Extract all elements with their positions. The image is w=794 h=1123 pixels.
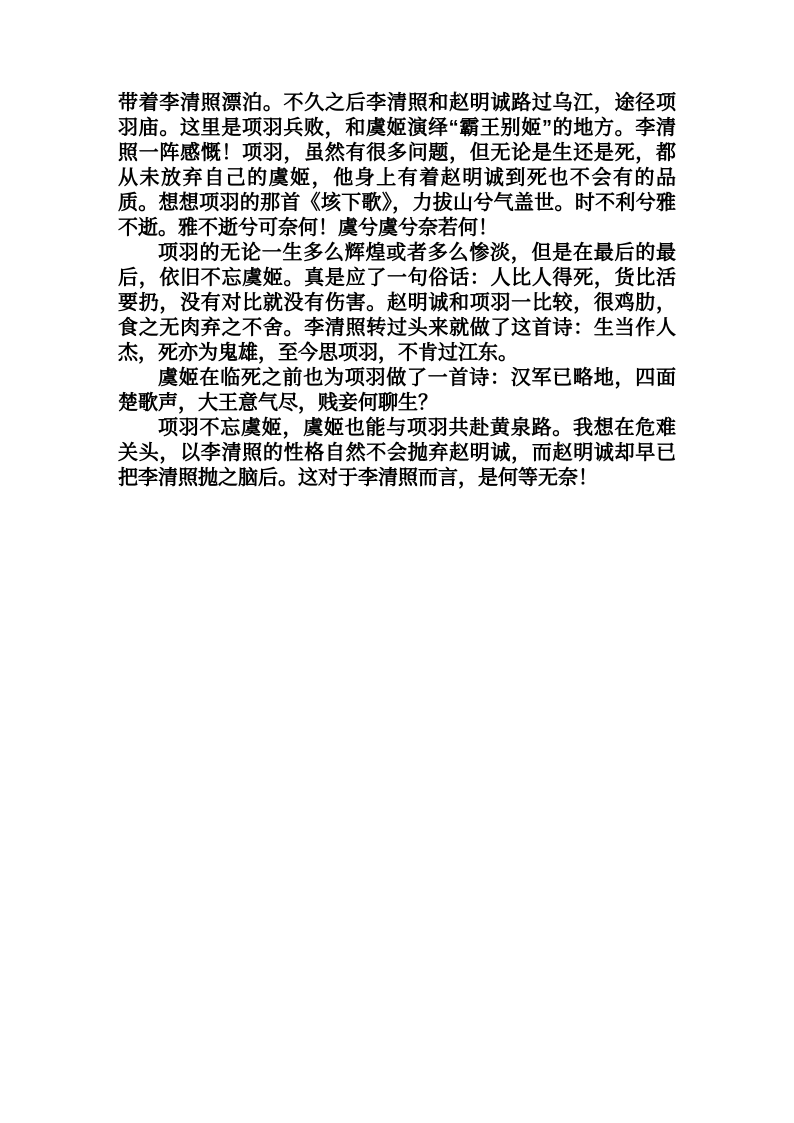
paragraph: 项羽的无论一生多么辉煌或者多么惨淡，但是在最后的最后，依旧不忘虞姬。真是应了一句…: [118, 241, 676, 366]
paragraph: 项羽不忘虞姬，虞姬也能与项羽共赴黄泉路。我想在危难关头，以李清照的性格自然不会抛…: [118, 416, 676, 491]
paragraph: 带着李清照漂泊。不久之后李清照和赵明诚路过乌江，途径项羽庙。这里是项羽兵败，和虞…: [118, 91, 676, 241]
document-page: 带着李清照漂泊。不久之后李清照和赵明诚路过乌江，途径项羽庙。这里是项羽兵败，和虞…: [0, 0, 794, 1123]
document-text: 带着李清照漂泊。不久之后李清照和赵明诚路过乌江，途径项羽庙。这里是项羽兵败，和虞…: [118, 91, 676, 491]
paragraph: 虞姬在临死之前也为项羽做了一首诗：汉军已略地，四面楚歌声，大王意气尽，贱妾何聊生…: [118, 366, 676, 416]
